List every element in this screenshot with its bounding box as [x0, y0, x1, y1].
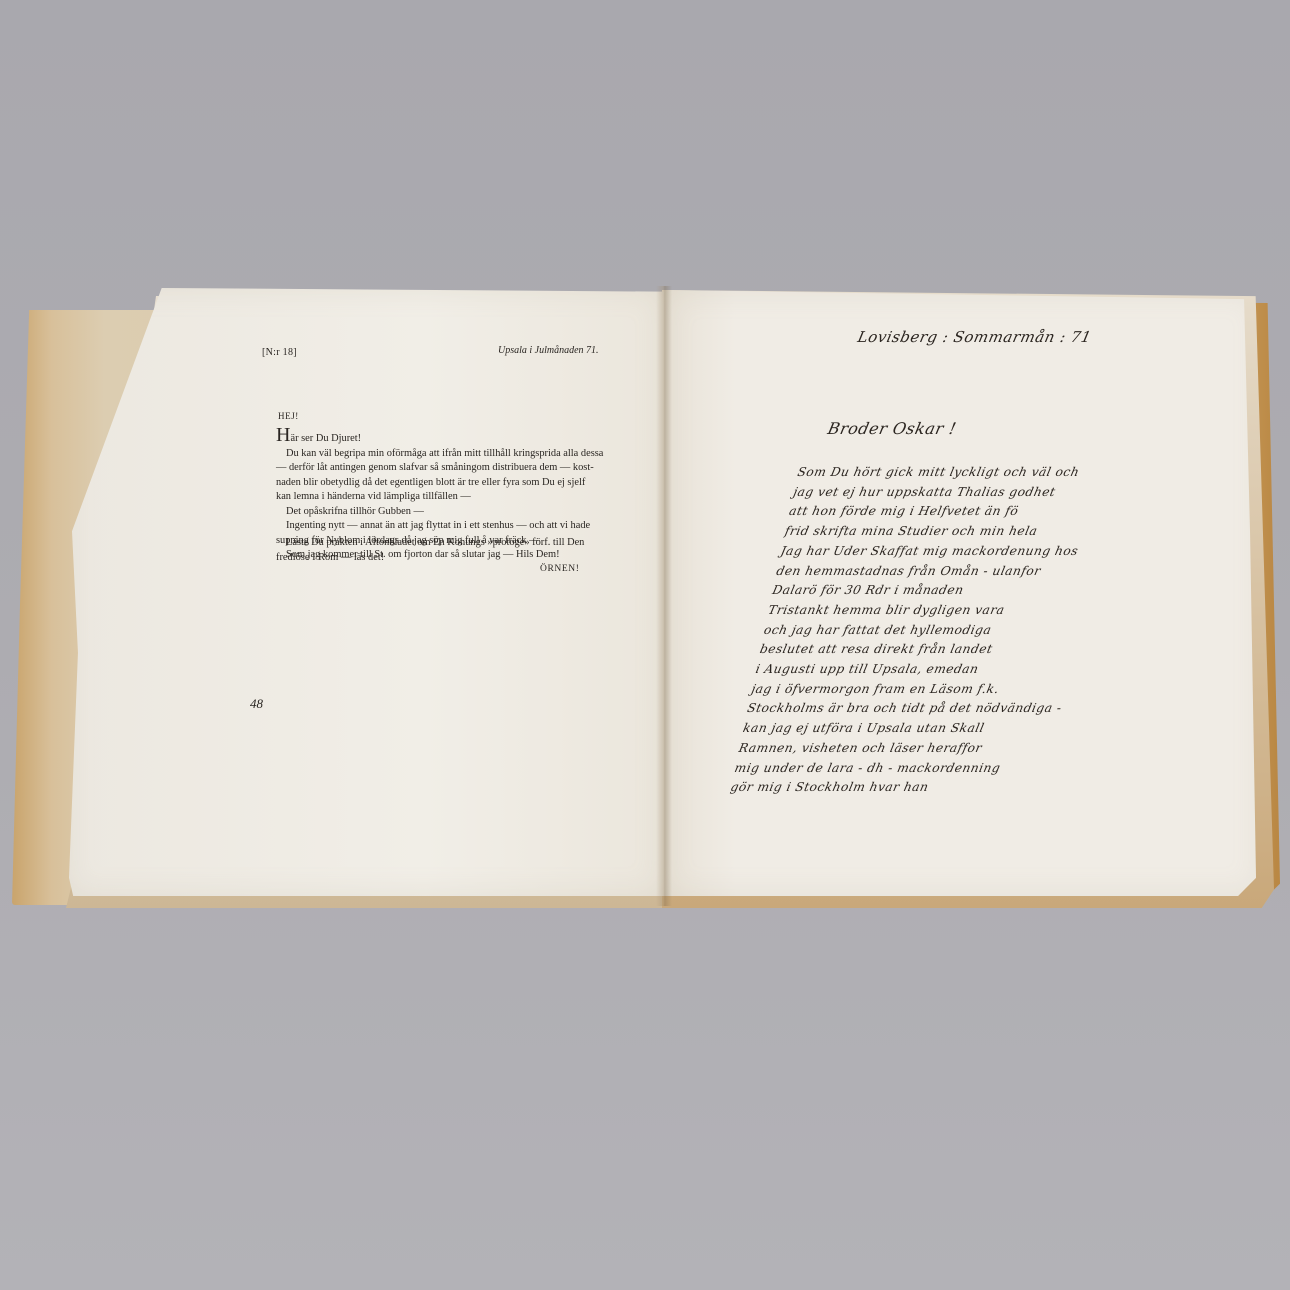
letter-place-date: Upsala i Julmånaden 71.	[498, 344, 599, 359]
handwritten-date: Lovisberg : Sommarmån : 71	[856, 328, 1093, 346]
handwritten-line: att hon förde mig i Helfvetet än fö	[787, 502, 1121, 522]
handwritten-line: kan jag ej utföra i Upsala utan Skall	[741, 719, 1075, 739]
handwritten-line: jag i öfvermorgon fram en Läsom f.k.	[749, 680, 1083, 700]
letter-postscript: Läste Du prakten i Aftonbladet om En Kon…	[276, 536, 628, 565]
handwritten-line: Som Du hört gick mitt lyckligt och väl o…	[795, 463, 1129, 483]
letter-greeting: HEJ!	[278, 409, 299, 424]
handwritten-line: Jag har Uder Skaffat mig mackordenung ho…	[779, 542, 1113, 562]
handwritten-line: Tristankt hemma blir dygligen vara	[766, 601, 1100, 621]
page-number: 48	[250, 697, 263, 712]
book-gutter	[656, 286, 672, 906]
handwritten-line: jag vet ej hur uppskatta Thalias godhet	[791, 483, 1125, 503]
handwritten-line: frid skrifta mina Studier och min hela	[783, 522, 1117, 542]
handwritten-line: gör mig i Stockholm hvar han	[728, 778, 1062, 798]
letter-line: är ser Du Djuret!	[290, 433, 361, 444]
letter-line: Ingenting nytt — annat än att jag flytta…	[276, 519, 628, 534]
handwritten-line: den hemmastadnas från Omån - ulanfor	[774, 562, 1108, 582]
letter-number: [N:r 18]	[262, 346, 297, 361]
letter-line: naden blir obetydlig då det egentligen b…	[276, 476, 628, 491]
letter-line: — derför låt antingen genom slafvar så s…	[276, 461, 628, 476]
handwritten-salutation: Broder Oskar !	[826, 419, 958, 438]
photo-scene: [N:r 18] Upsala i Julmånaden 71. HEJ! Hä…	[0, 0, 1290, 1290]
handwritten-line: Ramnen, visheten och läser heraffor	[737, 739, 1071, 759]
letter-signature: ÖRNEN!	[540, 562, 580, 577]
handwritten-line: Dalarö för 30 Rdr i månaden	[770, 581, 1104, 601]
handwritten-line: mig under de lara - dh - mackordenning	[733, 759, 1067, 779]
postscript-line: Läste Du prakten i Aftonbladet om En Kon…	[276, 536, 628, 551]
handwritten-line: i Augusti upp till Upsala, emedan	[754, 660, 1088, 680]
handwritten-line: och jag har fattat det hyllemodiga	[762, 621, 1096, 641]
handwritten-line: Stockholms är bra och tidt på det nödvän…	[745, 699, 1079, 719]
letter-line: Du kan väl begripa min oförmåga att ifrå…	[276, 447, 628, 462]
handwritten-line: beslutet att resa direkt från landet	[758, 640, 1092, 660]
letter-line: kan lemna i händerna vid lämpliga tillfä…	[276, 490, 628, 505]
left-page	[66, 288, 664, 896]
letter-line: Det opåskrifna tillhör Gubben —	[276, 505, 628, 520]
drop-cap: H	[276, 424, 290, 446]
